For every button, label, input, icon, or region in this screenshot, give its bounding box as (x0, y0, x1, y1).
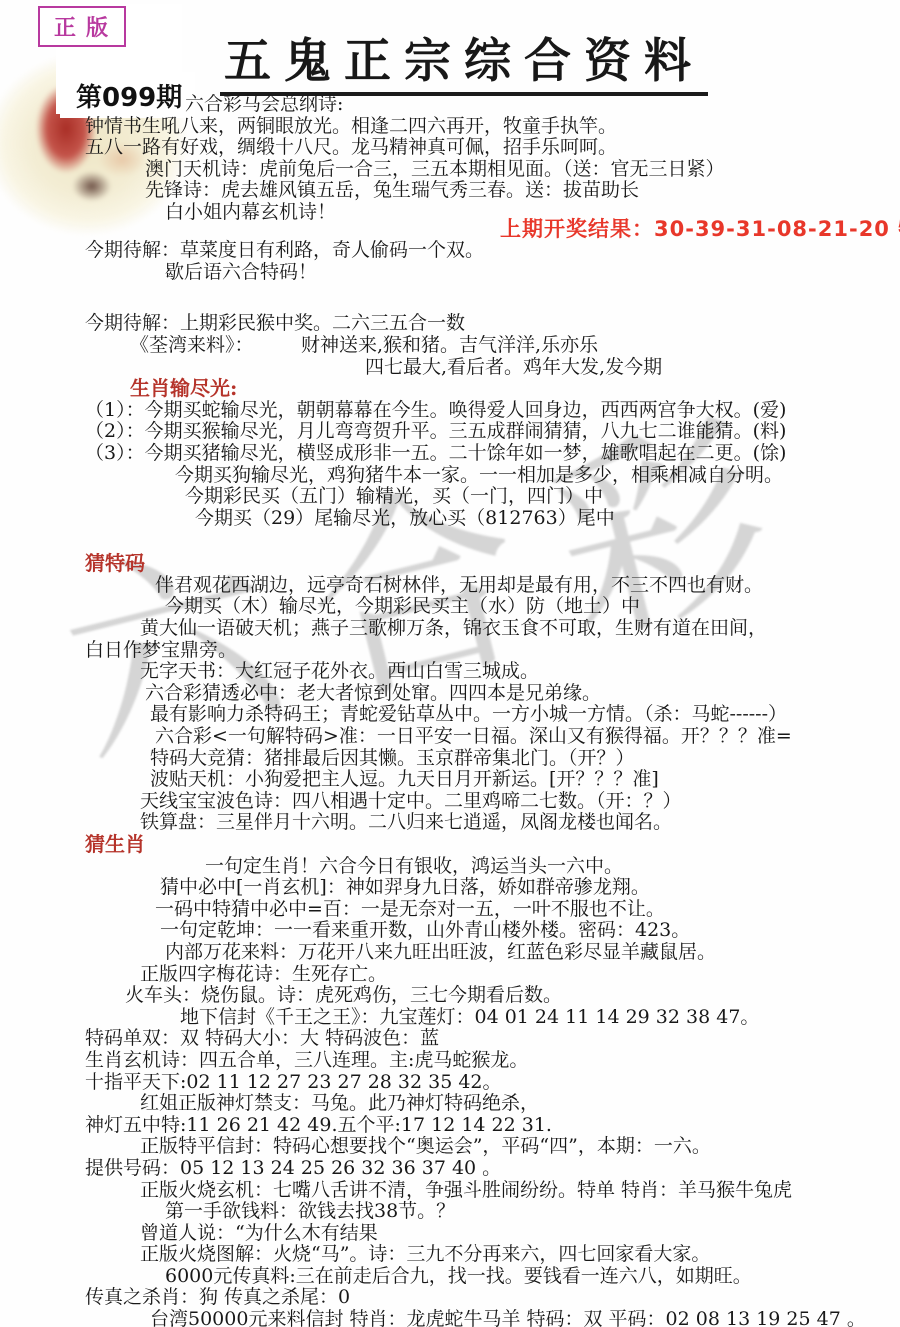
text-line: 六合彩马会总纲诗: (185, 94, 900, 116)
text-line: 曾道人说：“为什么木有结果 (140, 1223, 900, 1245)
text-line: 今期买（木）输尽光，今期彩民买主（水）防（地土）中 (165, 596, 900, 618)
section-heading: 猜生肖 (85, 834, 900, 856)
section-heading: 猜特码 (85, 553, 900, 575)
text-line: 澳门天机诗：虎前兔后一合三，三五本期相见面。（送：官无三日紧） (145, 159, 900, 181)
text-line: 特码大竞猜：猪排最后因其懒。玉京群帝集北门。（开？） (150, 748, 900, 770)
text-line: 四七最大,看后者。鸡年大发,发今期 (365, 357, 900, 379)
text-line: 铁算盘：三星伴月十六明。二八归来七逍遥，凤阁龙楼也闻名。 (140, 812, 900, 834)
text-line: 波贴天机：小狗爱把主人逗。九天日月开新运。[开？？？准] (150, 769, 900, 791)
text-line: 正版火烧图解：火烧“马”。诗：三九不分再来六，四七回家看大家。 (140, 1244, 900, 1266)
text-line: 今期待解：上期彩民猴中奖。二六三五合一数 (85, 313, 900, 335)
text-line: 十指平天下:02 11 12 27 23 27 28 32 35 42。 (85, 1072, 900, 1094)
text-line: 正版火烧玄机：七嘴八舌讲不清，争强斗胜闹纷纷。特单 特肖：羊马猴牛兔虎 (140, 1180, 900, 1202)
text-line: 红姐正版神灯禁支：马兔。此乃神灯特码绝杀， (140, 1093, 900, 1115)
section-heading: 生肖输尽光: (130, 378, 900, 400)
text-line: 生肖玄机诗：四五合单，三八连理。主:虎马蛇猴龙。 (85, 1050, 900, 1072)
page-title-text: 五鬼正宗综合资料 (220, 34, 708, 96)
text-line: （1）：今期买蛇输尽光，朝朝幕幕在今生。唤得爱人回身边，西西两宫争大权。(爱) (85, 400, 900, 422)
text-line: 六合彩<一句解特码>准：一日平安一日福。深山又有猴得福。开？？？准= (155, 726, 900, 748)
text-line: 今期彩民买（五门）输精光，买（一门，四门）中 (185, 486, 900, 508)
content-lines: 六合彩马会总纲诗:钟情书生吼八来，两铜眼放光。相逢二四六再开，牧童手执竿。五八一… (0, 94, 900, 1327)
text-line: 无字天书：大红冠子花外衣。西山白雪三城成。 (140, 661, 900, 683)
text-line: 一句定乾坤：一一看来重开数，山外青山楼外楼。密码：423。 (160, 920, 900, 942)
text-line: （2）：今期买猴输尽光，月儿弯弯贺升平。三五成群闹猜猜，八九七二谁能猜。(料) (85, 421, 900, 443)
text-line: 五八一路有好戏，绸缎十八尺。龙马精神真可佩，招手乐呵呵。 (85, 137, 900, 159)
text-line: 今期待解：草菜度日有利路，奇人偷码一个双。 (85, 240, 900, 262)
text-line: 一句定生肖！六合今日有银收，鸿运当头一六中。 (205, 856, 900, 878)
text-line: 第一手欲钱料：欲钱去找38节。？ (165, 1201, 900, 1223)
text-line: 猜中必中[一肖玄机]：神如羿身九日落，娇如群帝骖龙翔。 (160, 877, 900, 899)
page-title: 五鬼正宗综合资料 (14, 24, 900, 91)
previous-draw-result: 上期开奖结果：30-39-31-08-21-20 特03 (500, 219, 900, 241)
text-line: 今期买（29）尾输尽光，放心买（812763）尾中 (195, 508, 900, 530)
text-line: 台湾50000元来料信封 特肖：龙虎蛇牛马羊 特码：双 平码：02 08 13 … (150, 1309, 900, 1327)
text-line: 特码单双：双 特码大小：大 特码波色：蓝 (85, 1028, 900, 1050)
text-line: 正版四字梅花诗：生死存亡。 (140, 964, 900, 986)
text-line: 歇后语六合特码！ (165, 262, 900, 284)
text-line: 正版特平信封：特码心想要找个“奥运会”，平码“四”，本期：一六。 (140, 1136, 900, 1158)
text-line: 火车头：烧伤鼠。诗：虎死鸡伤，三七今期看后数。 (125, 985, 900, 1007)
text-line: 伴君观花西湖边，远亭奇石树林伴，无用却是最有用，不三不四也有财。 (155, 575, 900, 597)
text-line: 《荃湾来料》： 财神送来,猴和猪。吉气洋洋,乐亦乐 (130, 335, 900, 357)
text-line: 先锋诗：虎去雄风镇五岳，兔生瑞气秀三春。送：拔苗助长 (145, 180, 900, 202)
text-line: 黄大仙一语破天机；燕子三歌柳万条，锦衣玉食不可取，生财有道在田间， (140, 618, 900, 640)
text-line: 钟情书生吼八来，两铜眼放光。相逢二四六再开，牧童手执竿。 (85, 116, 900, 138)
text-line: 6000元传真料:三在前走后合九，找一找。要钱看一连六八，如期旺。 (165, 1266, 900, 1288)
text-line: 内部万花来料：万花开八来九旺出旺波，红蓝色彩尽显羊藏鼠居。 (165, 942, 900, 964)
text-line: 今期买狗输尽光，鸡狗猪牛本一家。一一相加是多少，相乘相减自分明。 (175, 465, 900, 487)
text-line: 一码中特猜中必中=百：一是无奈对一五，一叶不服也不让。 (155, 899, 900, 921)
text-line: 天线宝宝波色诗：四八相遇十定中。二里鸡啼二七数。（开：？） (140, 791, 900, 813)
text-line: （3）：今期买猪输尽光，横竖成形非一五。二十馀年如一梦，雄歌唱起在二更。(馀) (85, 443, 900, 465)
text-line: 地下信封《千王之王》：九宝莲灯：04 01 24 11 14 29 32 38 … (180, 1007, 900, 1029)
text-line: 最有影响力杀特码王；青蛇爱钻草丛中。一方小城一方情。（杀：马蛇------） (150, 704, 900, 726)
text-line: 神灯五中特:11 26 21 42 49.五个平:17 12 14 22 31. (85, 1115, 900, 1137)
text-line: 提供号码：05 12 13 24 25 26 32 36 37 40 。 (85, 1158, 900, 1180)
lottery-info-sheet: 正版 五鬼正宗综合资料 第099期 六合彩 六合彩马会总纲诗:钟情书生吼八来，两… (0, 0, 900, 1327)
text-line: 六合彩猜透必中：老大者惊到处窜。四四本是兄弟缘。 (145, 683, 900, 705)
text-line: 白日作梦宝鼎旁。 (85, 640, 900, 662)
text-line: 传真之杀肖：狗 传真之杀尾：0 (85, 1287, 900, 1309)
